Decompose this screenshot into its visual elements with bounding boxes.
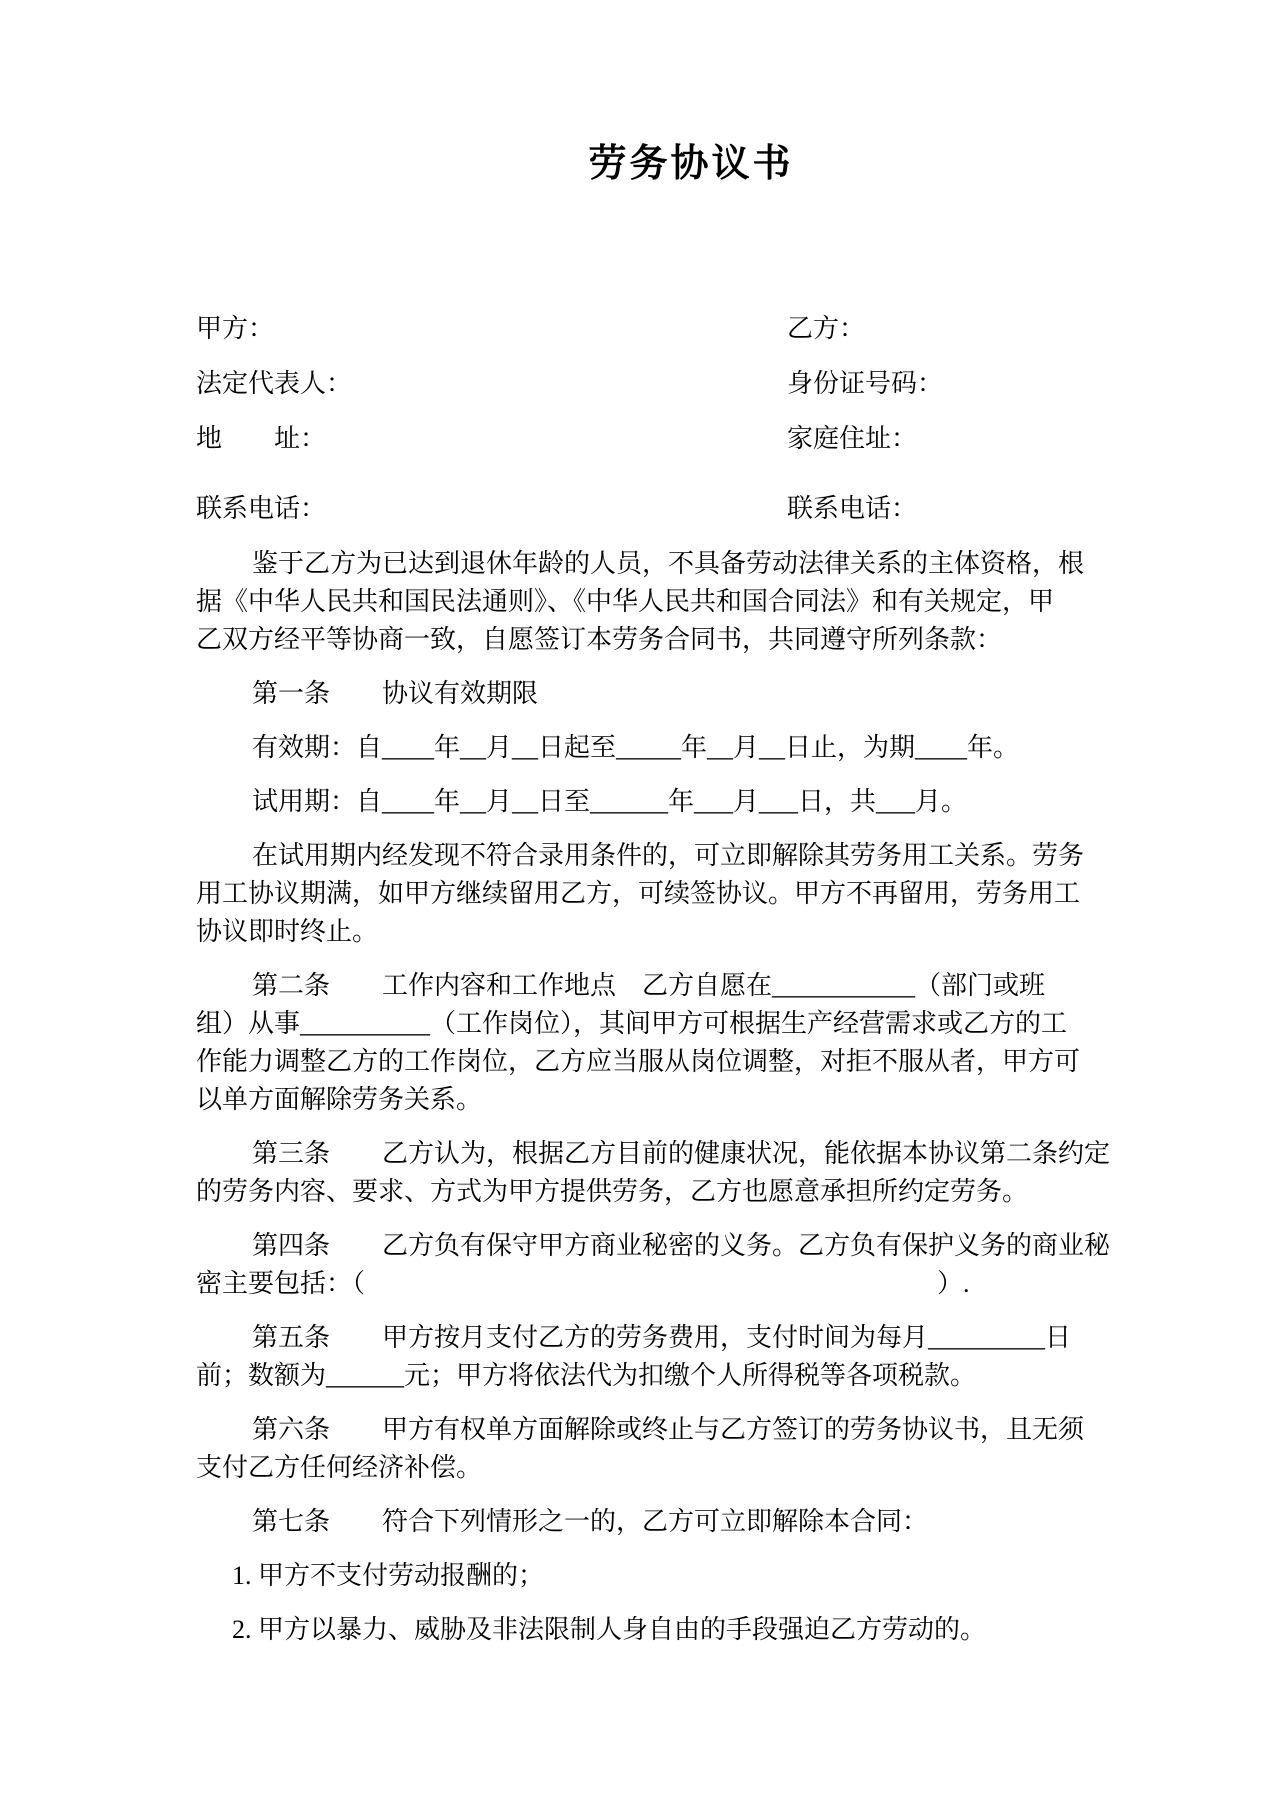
party-a-label: 甲方： [196,310,787,348]
doc-line: 的劳务内容、要求、方式为甲方提供劳务，乙方也愿意承担所约定劳务。 [196,1173,1186,1211]
parties-row-4: 联系电话： 联系电话： [196,490,1186,528]
article-3-paragraph: 第三条 乙方认为，根据乙方目前的健康状况，能依据本协议第二条约定 的劳务内容、要… [196,1135,1186,1211]
doc-line: 据《中华人民共和国民法通则》、《中华人民共和国合同法》和有关规定，甲 [196,583,1186,621]
parties-row-2: 法定代表人： 身份证号码： [196,365,1186,403]
phone-a-label: 联系电话： [196,490,787,528]
doc-line: 第四条 乙方负有保守甲方商业秘密的义务。乙方负有保护义务的商业秘 [196,1227,1186,1265]
doc-line: 协议即时终止。 [196,913,1186,951]
doc-line: 作能力调整乙方的工作岗位，乙方应当服从岗位调整，对拒不服从者，甲方可 [196,1043,1186,1081]
probation-terms-paragraph: 在试用期内经发现不符合录用条件的，可立即解除其劳务用工关系。劳务 用工协议期满，… [196,837,1186,951]
doc-line: 第二条 工作内容和工作地点 乙方自愿在___________（部门或班 [196,967,1186,1005]
article-2-paragraph: 第二条 工作内容和工作地点 乙方自愿在___________（部门或班 组）从事… [196,967,1186,1119]
doc-line: 有效期：自____年__月__日起至_____年__月__日止，为期____年。 [196,729,1186,767]
id-number-label: 身份证号码： [787,365,1186,403]
document-page: 劳务协议书 甲方： 乙方： 法定代表人： 身份证号码： 地 址： 家庭住址： 联… [0,0,1280,1810]
doc-line: 鉴于乙方为已达到退休年龄的人员，不具备劳动法律关系的主体资格，根 [196,545,1186,583]
doc-line: 试用期：自____年__月__日至______年___月___日，共___月。 [196,783,1186,821]
phone-b-label: 联系电话： [787,490,1186,528]
doc-line: 第五条 甲方按月支付乙方的劳务费用，支付时间为每月_________日 [196,1319,1186,1357]
doc-line: 以单方面解除劳务关系。 [196,1081,1186,1119]
doc-line: 用工协议期满，如甲方继续留用乙方，可续签协议。甲方不再留用，劳务用工 [196,875,1186,913]
article-4-paragraph: 第四条 乙方负有保守甲方商业秘密的义务。乙方负有保护义务的商业秘 密主要包括：（… [196,1227,1186,1303]
article-7-heading: 第七条 符合下列情形之一的，乙方可立即解除本合同： [196,1503,1186,1541]
article-5-paragraph: 第五条 甲方按月支付乙方的劳务费用，支付时间为每月_________日 前；数额… [196,1319,1186,1395]
parties-section: 甲方： 乙方： 法定代表人： 身份证号码： 地 址： 家庭住址： 联系电话： 联… [196,310,1186,528]
address-label: 地 址： [196,420,787,458]
doc-line: 第一条 协议有效期限 [196,675,1186,713]
article-7-item-2: 2. 甲方以暴力、威胁及非法限制人身自由的手段强迫乙方劳动的。 [196,1611,1186,1649]
doc-line: 组）从事__________（工作岗位），其间甲方可根据生产经营需求或乙方的工 [196,1005,1186,1043]
doc-line: 乙双方经平等协商一致，自愿签订本劳务合同书，共同遵守所列条款： [196,621,1186,659]
doc-line: 第七条 符合下列情形之一的，乙方可立即解除本合同： [196,1503,1186,1541]
article-6-paragraph: 第六条 甲方有权单方面解除或终止与乙方签订的劳务协议书，且无须 支付乙方任何经济… [196,1411,1186,1487]
doc-line: 密主要包括：（ ）. [196,1265,1186,1303]
parties-row-1: 甲方： 乙方： [196,310,1186,348]
doc-line: 1. 甲方不支付劳动报酬的； [196,1557,1186,1595]
document-content: 劳务协议书 甲方： 乙方： 法定代表人： 身份证号码： 地 址： 家庭住址： 联… [0,0,1280,1649]
doc-line: 在试用期内经发现不符合录用条件的，可立即解除其劳务用工关系。劳务 [196,837,1186,875]
parties-row-3: 地 址： 家庭住址： [196,420,1186,458]
doc-line: 第三条 乙方认为，根据乙方目前的健康状况，能依据本协议第二条约定 [196,1135,1186,1173]
article-7-item-1: 1. 甲方不支付劳动报酬的； [196,1557,1186,1595]
doc-line: 2. 甲方以暴力、威胁及非法限制人身自由的手段强迫乙方劳动的。 [196,1611,1186,1649]
home-address-label: 家庭住址： [787,420,1186,458]
article-1-heading: 第一条 协议有效期限 [196,675,1186,713]
document-title: 劳务协议书 [196,140,1186,188]
intro-paragraph: 鉴于乙方为已达到退休年龄的人员，不具备劳动法律关系的主体资格，根 据《中华人民共… [196,545,1186,659]
doc-line: 支付乙方任何经济补偿。 [196,1449,1186,1487]
validity-period-line: 有效期：自____年__月__日起至_____年__月__日止，为期____年。 [196,729,1186,767]
doc-line: 前；数额为______元；甲方将依法代为扣缴个人所得税等各项税款。 [196,1357,1186,1395]
doc-line: 第六条 甲方有权单方面解除或终止与乙方签订的劳务协议书，且无须 [196,1411,1186,1449]
party-b-label: 乙方： [787,310,1186,348]
probation-period-line: 试用期：自____年__月__日至______年___月___日，共___月。 [196,783,1186,821]
legal-representative-label: 法定代表人： [196,365,787,403]
